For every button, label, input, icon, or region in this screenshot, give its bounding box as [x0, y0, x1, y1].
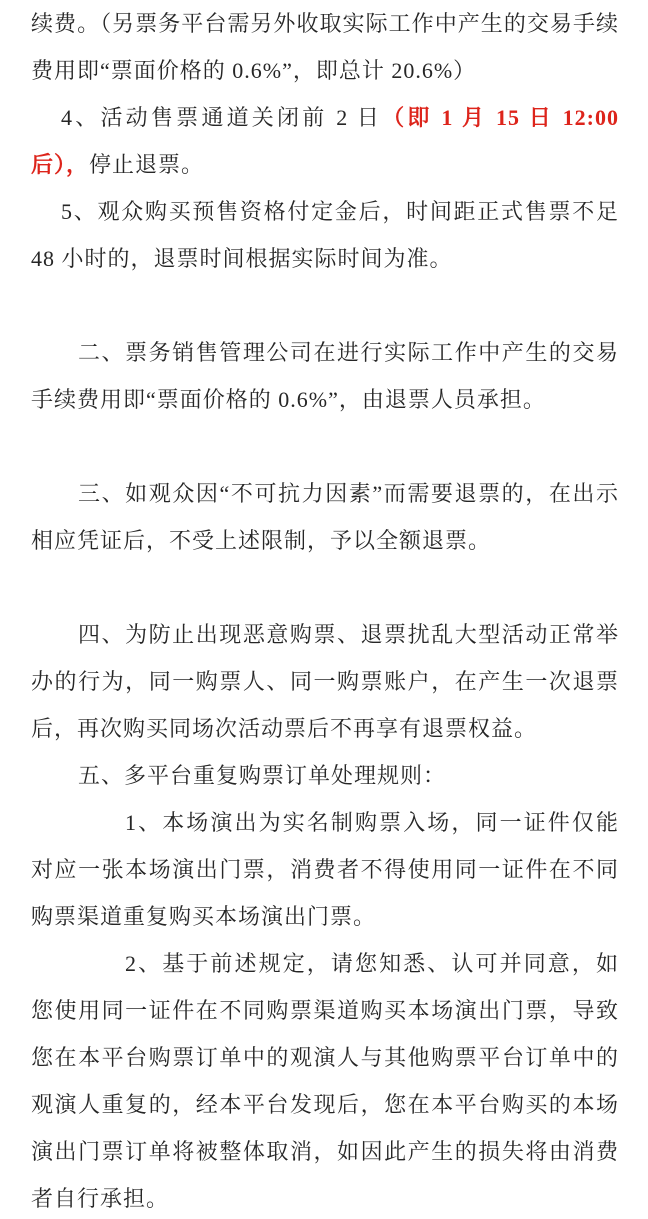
text-run: 2、基于前述规定，请您知悉、认可并同意，如您使用同一证件在不同购票渠道购买本场演…	[31, 951, 619, 1211]
text-run: 二、票务销售管理公司在进行实际工作中产生的交易手续费用即“票面价格的 0.6%”…	[31, 340, 619, 412]
text-run: 4、活动售票通道关闭前 2 日	[61, 105, 382, 130]
text-run: 五、多平台重复购票订单处理规则：	[78, 763, 446, 788]
paragraph-section-2: 二、票务销售管理公司在进行实际工作中产生的交易手续费用即“票面价格的 0.6%”…	[31, 329, 619, 423]
paragraph-subitem-2: 2、基于前述规定，请您知悉、认可并同意，如您使用同一证件在不同购票渠道购买本场演…	[31, 940, 619, 1219]
paragraph-section-5: 五、多平台重复购票订单处理规则：	[31, 752, 619, 799]
text-run: 续费。（另票务平台需另外收取实际工作中产生的交易手续费用即“票面价格的 0.6%…	[31, 11, 619, 83]
blank-line	[31, 282, 619, 329]
paragraph-section-3: 三、如观众因“不可抗力因素”而需要退票的，在出示相应凭证后，不受上述限制，予以全…	[31, 470, 619, 564]
text-run: 四、为防止出现恶意购票、退票扰乱大型活动正常举办的行为，同一购票人、同一购票账户…	[31, 622, 619, 741]
paragraph-section-4: 四、为防止出现恶意购票、退票扰乱大型活动正常举办的行为，同一购票人、同一购票账户…	[31, 611, 619, 752]
text-run: 停止退票。	[89, 152, 204, 177]
text-run: 1、本场演出为实名制购票入场，同一证件仅能对应一张本场演出门票，消费者不得使用同…	[31, 810, 619, 929]
refund-policy-document: 续费。（另票务平台需另外收取实际工作中产生的交易手续费用即“票面价格的 0.6%…	[0, 0, 648, 1219]
blank-line	[31, 564, 619, 611]
paragraph-fee-continuation: 续费。（另票务平台需另外收取实际工作中产生的交易手续费用即“票面价格的 0.6%…	[31, 0, 619, 94]
text-run: 三、如观众因“不可抗力因素”而需要退票的，在出示相应凭证后，不受上述限制，予以全…	[31, 481, 619, 553]
paragraph-item-5: 5、观众购买预售资格付定金后，时间距正式售票不足 48 小时的，退票时间根据实际…	[31, 188, 619, 282]
text-run: 5、观众购买预售资格付定金后，时间距正式售票不足 48 小时的，退票时间根据实际…	[31, 199, 619, 271]
paragraph-subitem-1: 1、本场演出为实名制购票入场，同一证件仅能对应一张本场演出门票，消费者不得使用同…	[31, 799, 619, 940]
blank-line	[31, 423, 619, 470]
paragraph-item-4: 4、活动售票通道关闭前 2 日（即 1 月 15 日 12:00 后），停止退票…	[31, 94, 619, 188]
